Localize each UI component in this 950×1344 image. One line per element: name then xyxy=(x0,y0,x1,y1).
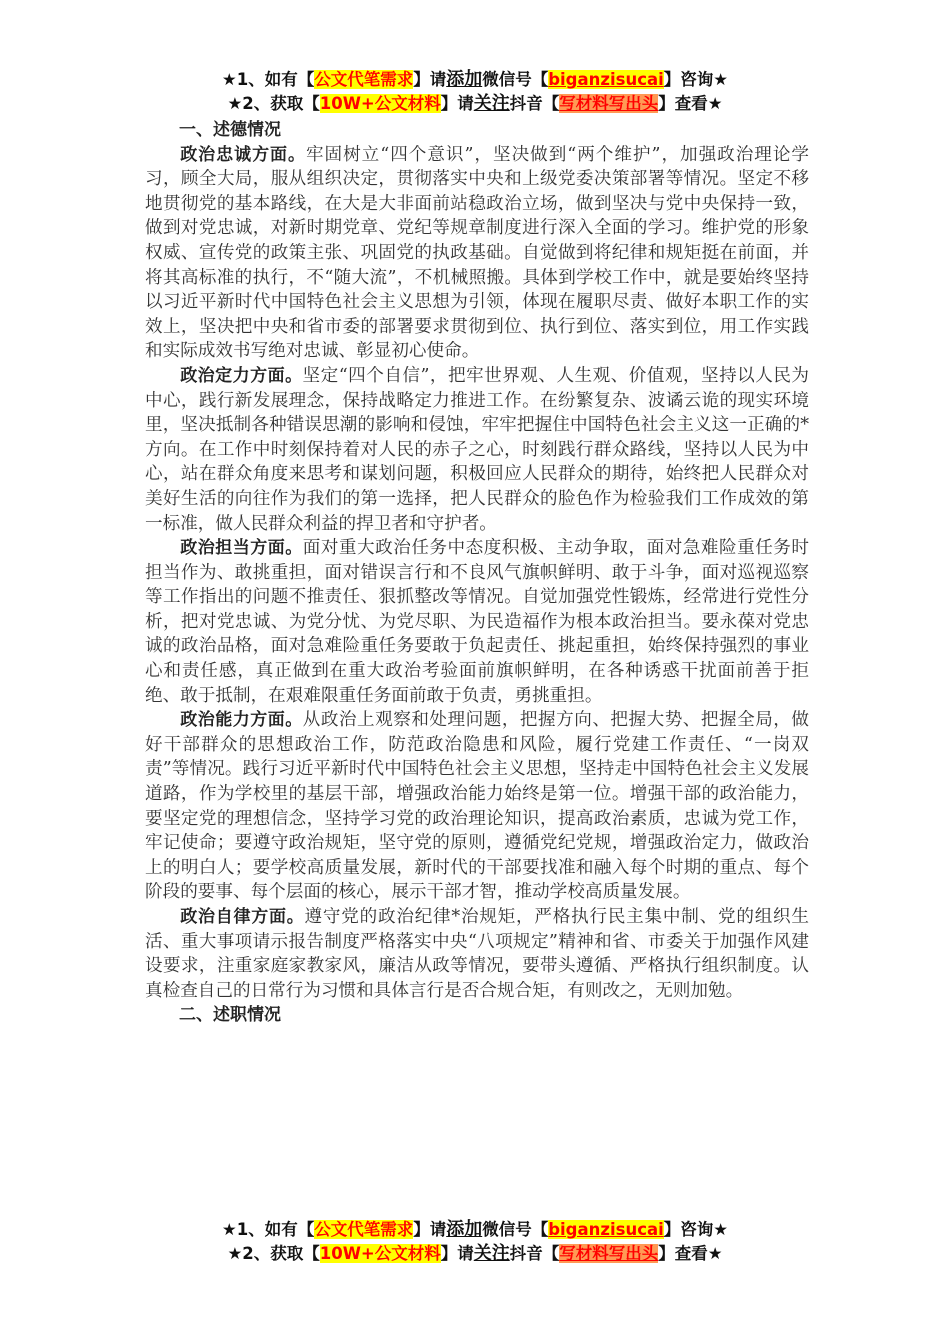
paragraph-political-ability: 政治能力方面。从政治上观察和处理问题，把握方向、把握大势、把握全局，做好干部群众… xyxy=(145,708,809,905)
underlined-follow: 关注 xyxy=(474,93,510,114)
highlight-wechat-id[interactable]: biganzisucai xyxy=(548,70,664,89)
promo-text: 】请 xyxy=(441,94,474,113)
paragraph-lead: 政治担当方面。 xyxy=(180,538,303,558)
paragraph-political-discipline: 政治自律方面。遵守党的政治纪律*治规矩，严格执行民主集中制、党的组织生活、重大事… xyxy=(145,905,809,1003)
paragraph-text: 坚定“四个自信”，把牢世界观、人生观、价值观，坚持以人民为中心，践行新发展理念，… xyxy=(145,366,809,534)
highlight-douyin-account[interactable]: 写材料写出头 xyxy=(559,1244,658,1263)
promo-text: 】查看★ xyxy=(658,1244,722,1263)
underlined-add: 添加 xyxy=(446,1219,482,1240)
promo-line-1: ★1、如有【公文代笔需求】请添加微信号【biganzisucai】咨询★ xyxy=(0,1218,950,1242)
promo-text: ★1、如有【 xyxy=(222,1220,314,1239)
promo-text: 】咨询★ xyxy=(664,1220,728,1239)
paragraph-text: 面对重大政治任务中态度积极、主动争取，面对急难险重任务时担当作为、敢挑重担，面对… xyxy=(145,538,809,706)
section-heading-duties: 二、述职情况 xyxy=(145,1003,809,1028)
underlined-add: 添加 xyxy=(446,69,482,90)
highlight-materials: 10W+公文材料 xyxy=(320,1244,441,1263)
document-body: 一、述德情况 政治忠诚方面。牢固树立“四个意识”，坚决做到“两个维护”，加强政治… xyxy=(145,118,809,1028)
promo-text: 抖音【 xyxy=(510,1244,560,1263)
promo-line-2: ★2、获取【10W+公文材料】请关注抖音【写材料写出头】查看★ xyxy=(0,92,950,116)
highlight-materials: 10W+公文材料 xyxy=(320,94,441,113)
promo-text: 】请 xyxy=(441,1244,474,1263)
promo-text: 抖音【 xyxy=(510,94,560,113)
paragraph-lead: 政治自律方面。 xyxy=(180,907,304,927)
promo-text: 】咨询★ xyxy=(664,70,728,89)
promo-line-1: ★1、如有【公文代笔需求】请添加微信号【biganzisucai】咨询★ xyxy=(0,68,950,92)
promo-text: 】请 xyxy=(413,70,446,89)
underlined-follow: 关注 xyxy=(474,1243,510,1264)
paragraph-lead: 政治能力方面。 xyxy=(180,710,303,730)
highlight-wechat-id[interactable]: biganzisucai xyxy=(548,1220,664,1239)
paragraph-lead: 政治忠诚方面。 xyxy=(180,145,306,165)
promo-text: 】请 xyxy=(413,1220,446,1239)
paragraph-text: 牢固树立“四个意识”，坚决做到“两个维护”，加强政治理论学习，顾全大局，服从组织… xyxy=(145,145,809,362)
document-page: ★1、如有【公文代笔需求】请添加微信号【biganzisucai】咨询★ ★2、… xyxy=(0,0,950,1344)
highlight-ghostwriting: 公文代笔需求 xyxy=(314,1220,413,1239)
paragraph-political-responsibility: 政治担当方面。面对重大政治任务中态度积极、主动争取，面对急难险重任务时担当作为、… xyxy=(145,536,809,708)
promo-banner-bottom: ★1、如有【公文代笔需求】请添加微信号【biganzisucai】咨询★ ★2、… xyxy=(0,1218,950,1266)
promo-text: ★2、获取【 xyxy=(227,94,319,113)
promo-text: ★2、获取【 xyxy=(227,1244,319,1263)
section-heading-morality: 一、述德情况 xyxy=(145,118,809,143)
highlight-douyin-account[interactable]: 写材料写出头 xyxy=(559,94,658,113)
promo-text: 微信号【 xyxy=(482,1220,548,1239)
promo-text: ★1、如有【 xyxy=(222,70,314,89)
paragraph-political-steadfastness: 政治定力方面。坚定“四个自信”，把牢世界观、人生观、价值观，坚持以人民为中心，践… xyxy=(145,364,809,536)
promo-line-2: ★2、获取【10W+公文材料】请关注抖音【写材料写出头】查看★ xyxy=(0,1242,950,1266)
paragraph-lead: 政治定力方面。 xyxy=(180,366,302,386)
highlight-ghostwriting: 公文代笔需求 xyxy=(314,70,413,89)
paragraph-political-loyalty: 政治忠诚方面。牢固树立“四个意识”，坚决做到“两个维护”，加强政治理论学习，顾全… xyxy=(145,143,809,364)
promo-text: 微信号【 xyxy=(482,70,548,89)
promo-banner-top: ★1、如有【公文代笔需求】请添加微信号【biganzisucai】咨询★ ★2、… xyxy=(0,68,950,116)
promo-text: 】查看★ xyxy=(658,94,722,113)
paragraph-text: 从政治上观察和处理问题，把握方向、把握大势、把握全局，做好干部群众的思想政治工作… xyxy=(145,710,809,902)
